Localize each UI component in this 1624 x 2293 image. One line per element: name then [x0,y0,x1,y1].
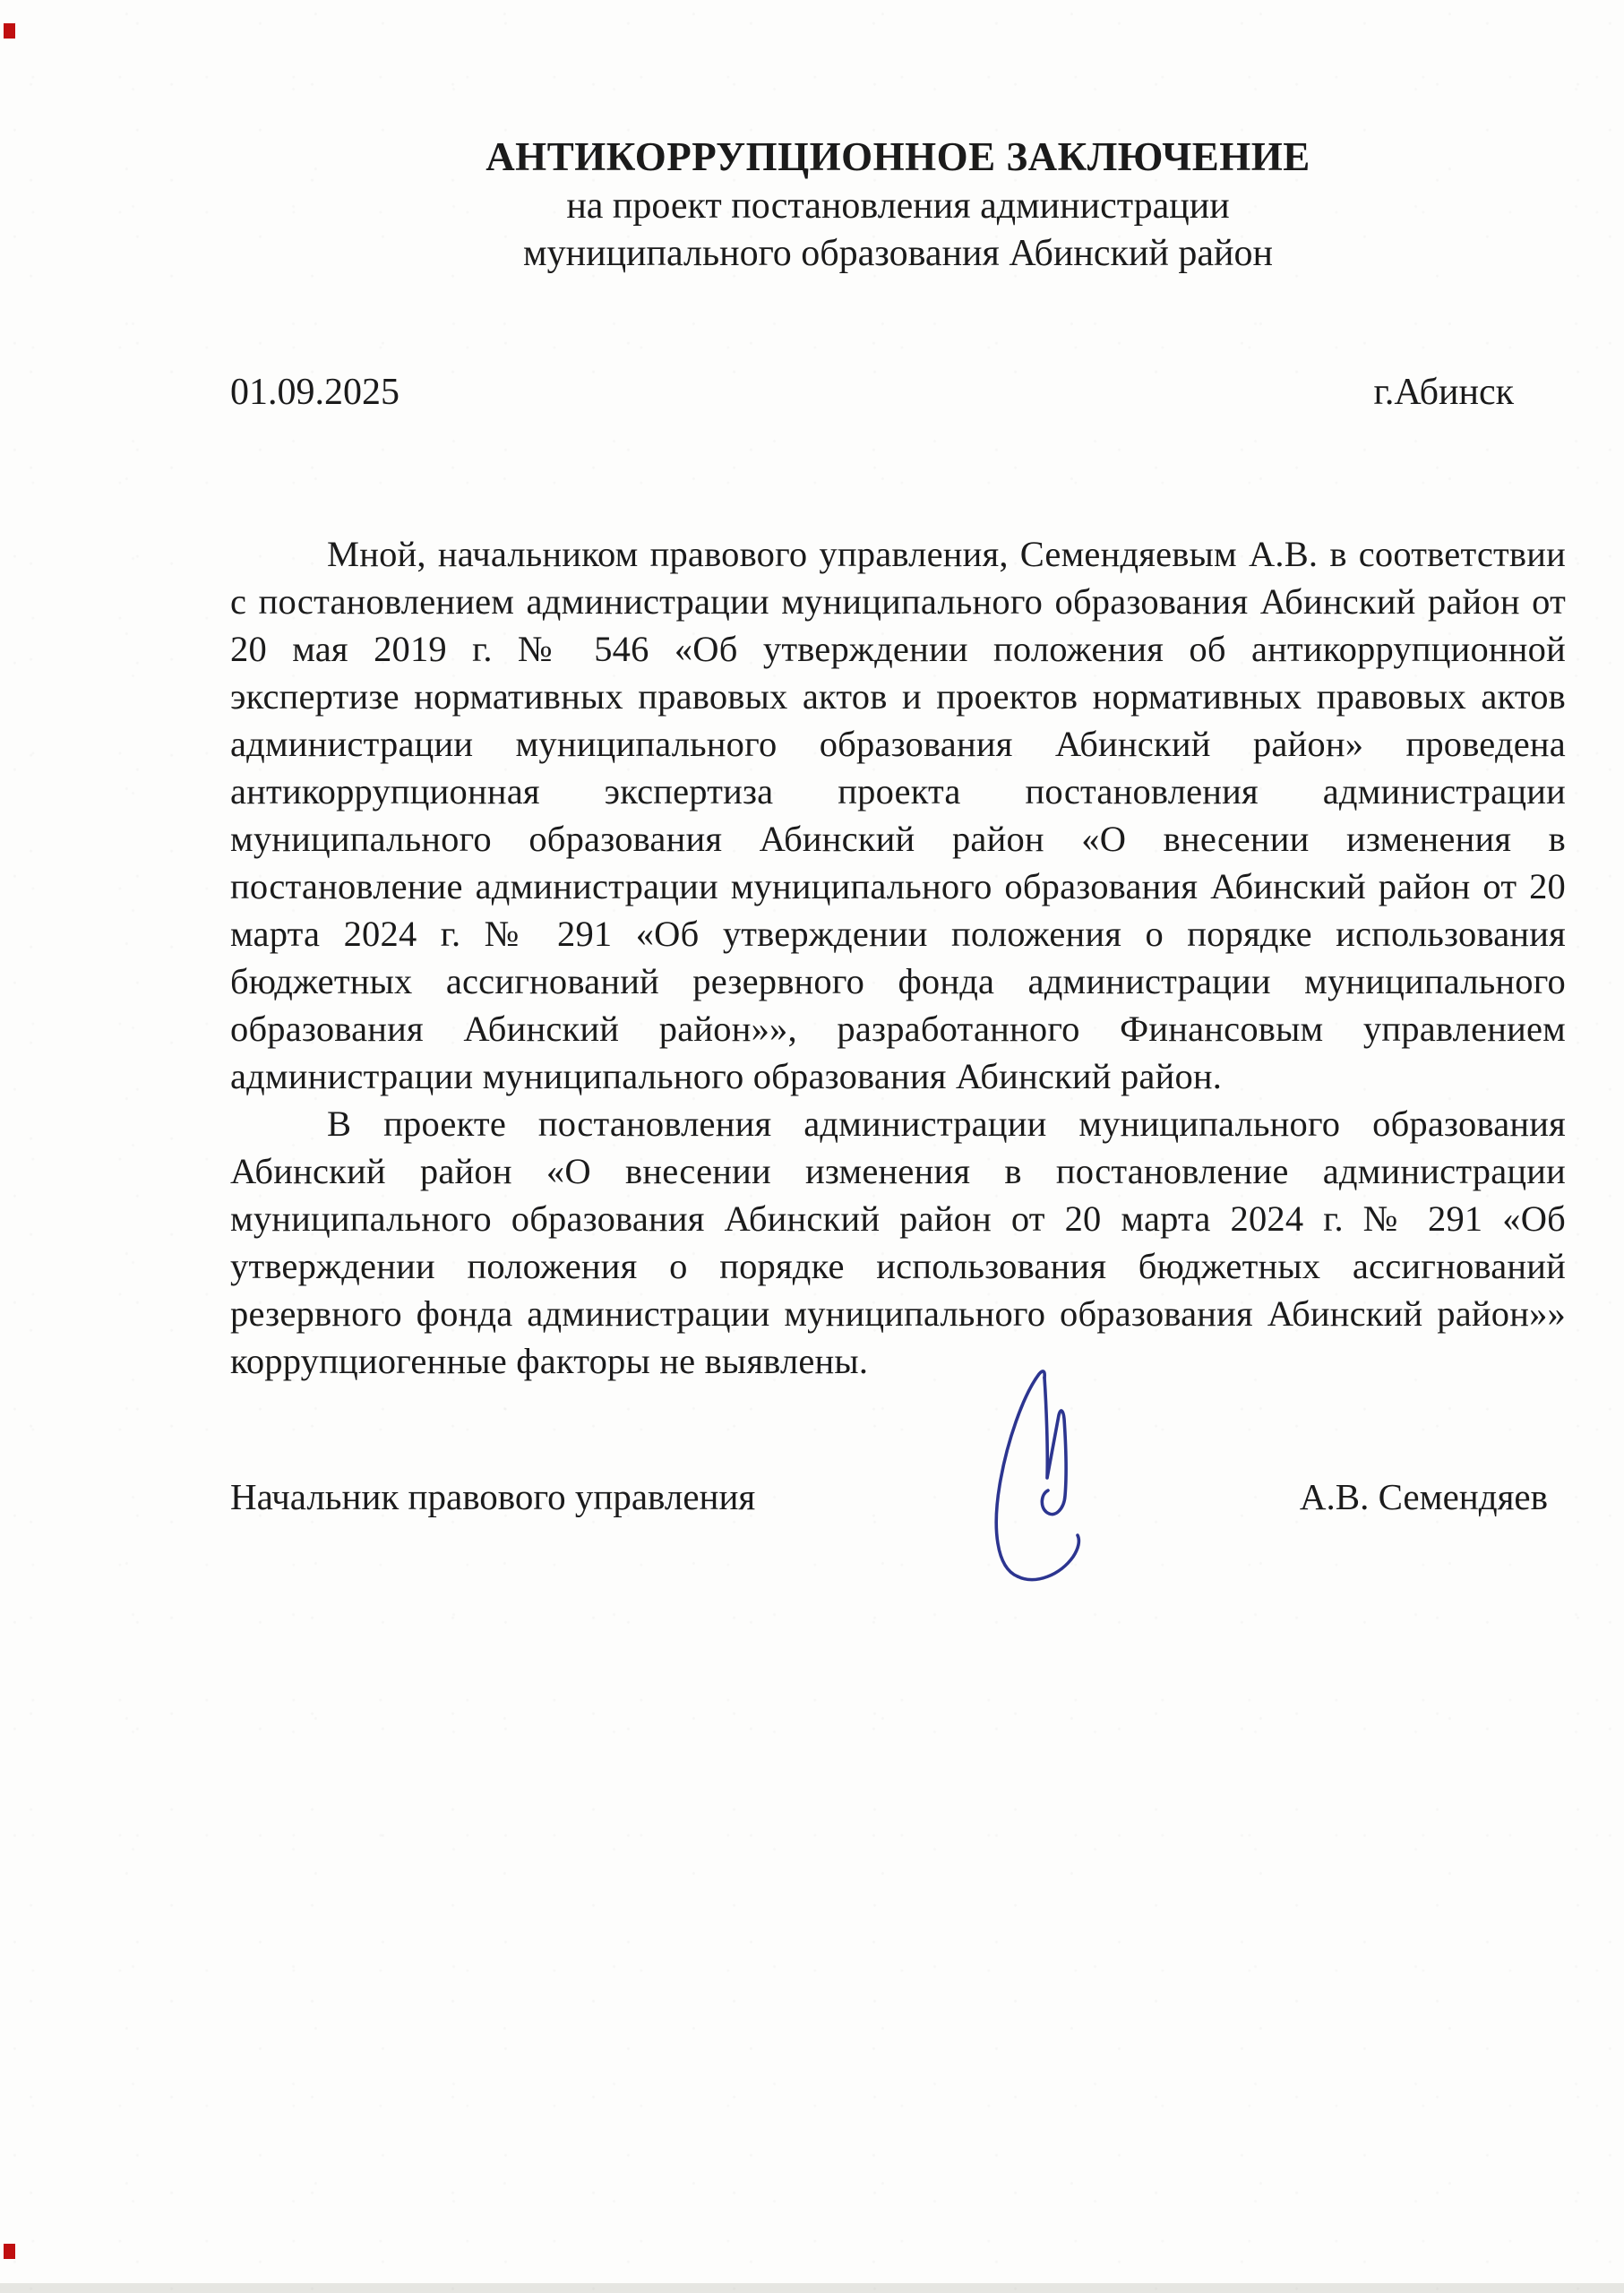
signature-ink-icon [984,1369,1127,1593]
document-subtitle-line-1: на проект постановления администрации [230,183,1566,230]
signature-row: Начальник правового управления А.В. Семе… [230,1473,1566,1520]
document-date: 01.09.2025 [230,370,400,415]
paragraph-conclusion: В проекте постановления администрации му… [230,1100,1566,1385]
paragraph-expertise: Мной, начальником правового управления, … [230,530,1566,1100]
scan-artifact-top-left [4,23,15,39]
document-subtitle-line-2: муниципального образования Абинский райо… [230,230,1566,278]
signatory-position: Начальник правового управления [230,1473,755,1520]
scan-artifact-bottom-left [4,2244,15,2259]
scanned-document-page: АНТИКОРРУПЦИОННОЕ ЗАКЛЮЧЕНИЕ на проект п… [0,0,1624,2293]
document-title: АНТИКОРРУПЦИОННОЕ ЗАКЛЮЧЕНИЕ [230,131,1566,183]
document-body: Мной, начальником правового управления, … [230,530,1566,1385]
signatory-name: А.В. Семендяев [1300,1473,1548,1520]
scan-edge-shadow [0,2283,1624,2293]
document-city: г.Абинск [1373,370,1514,415]
date-place-row: 01.09.2025 г.Абинск [230,370,1566,415]
document-heading: АНТИКОРРУПЦИОННОЕ ЗАКЛЮЧЕНИЕ на проект п… [230,131,1566,278]
